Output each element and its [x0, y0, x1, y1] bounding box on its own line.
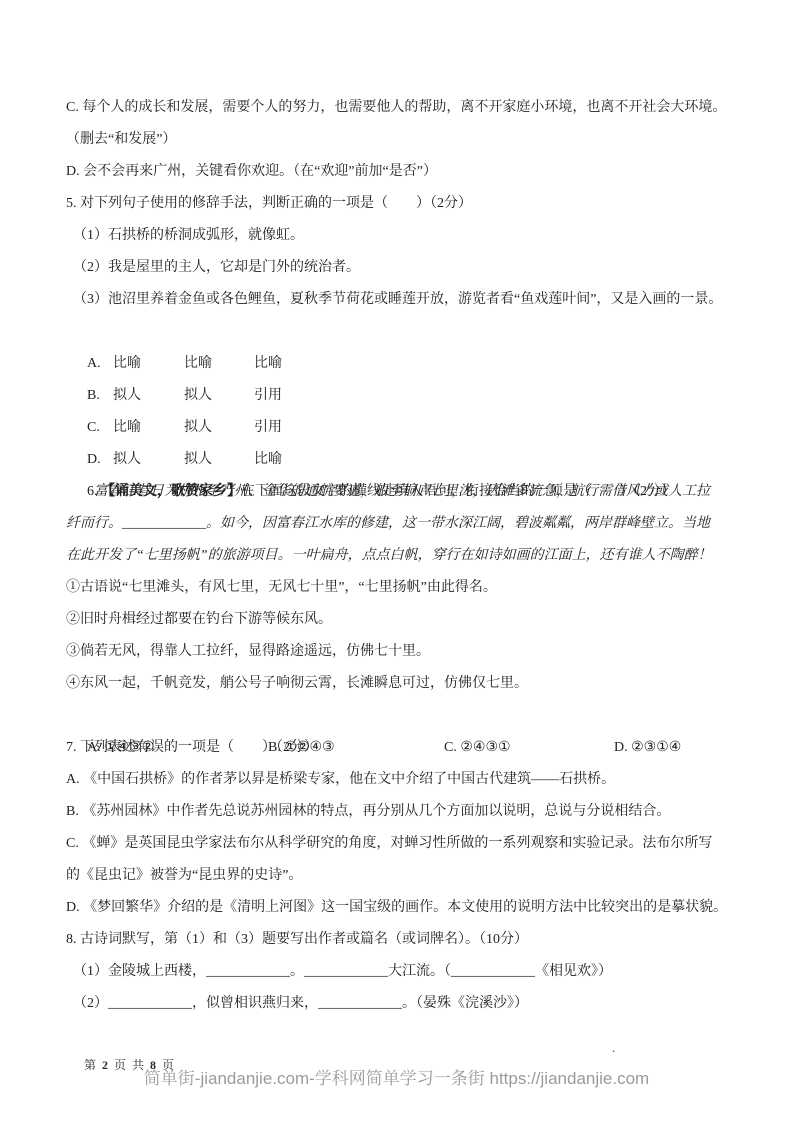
q5-option-a-col2: 比喻	[184, 348, 254, 380]
q5-option-c-col1: 比喻	[113, 412, 184, 444]
q4-option-c: C. 每个人的成长和发展，需要个人的努力，也需要他人的帮助，离不开家庭小环境，也…	[66, 92, 741, 124]
q5-option-d-col1: 拟人	[113, 444, 184, 476]
q7-option-c-line1: C. 《蝉》是英国昆虫学家法布尔从科学研究的角度，对蝉习性所做的一系列观察和实验…	[66, 828, 741, 860]
q5-option-d-col2: 拟人	[184, 444, 254, 476]
q8-stem: 8. 古诗词默写，第（1）和（3）题要写出作者或篇名（或词牌名）。（10分）	[66, 924, 741, 956]
q5-option-c-col3: 引用	[254, 412, 282, 444]
q5-option-a-label: A.	[87, 348, 113, 380]
q5-option-b-col2: 拟人	[184, 380, 254, 412]
q6-passage-line-2: 纤而行。____________。如今，因富春江水库的修建，这一带水深江阔，碧波…	[66, 508, 741, 540]
q5-option-a-col1: 比喻	[113, 348, 184, 380]
q5-option-a-col3: 比喻	[254, 348, 282, 380]
q5-option-c-label: C.	[87, 412, 113, 444]
q4-option-d: D. 会不会再来广州，关键看你欢迎。（在“欢迎”前加“是否”）	[66, 156, 741, 188]
q5-option-c-col2: 拟人	[184, 412, 254, 444]
q5-item-1: （1）石拱桥的桥洞成弧形，就像虹。	[66, 220, 741, 252]
q6-sentence-2: ②旧时舟楫经过都要在钓台下游等候东风。	[66, 604, 741, 636]
q6-passage-line-1: 富春江昔日为杭州至严州、金华的通航要道，船至桐庐七里泷，因滩多流急，航行需借风力…	[66, 476, 741, 508]
watermark-text: 简单街-jiandanjie.com-学科网简单学习一条街 https://ji…	[0, 1064, 793, 1089]
q6-option-d: D. ②③①④	[614, 732, 681, 764]
q7-option-a: A. 《中国石拱桥》的作者茅以昇是桥梁专家，他在文中介绍了中国古代建筑——石拱桥…	[66, 764, 741, 796]
q6-passage-line-3: 在此开发了“七里扬帆”的旅游项目。一叶扁舟，点点白帆，穿行在如诗如画的江面上，还…	[66, 540, 741, 572]
q5-item-3: （3）池沼里养着金鱼或各色鲤鱼，夏秋季节荷花或睡莲开放，游览者看“鱼戏莲叶间”，…	[66, 284, 741, 316]
q7-option-c-line2: 的《昆虫记》被誉为“昆虫界的史诗”。	[66, 860, 741, 892]
q7-option-d: D. 《梦回繁华》介绍的是《清明上河图》这一国宝级的画作。本文使用的说明方法中比…	[66, 892, 741, 924]
q5-option-b-col3: 引用	[254, 380, 282, 412]
q6-option-c: C. ②④③①	[444, 732, 614, 764]
exam-page: C. 每个人的成长和发展，需要个人的努力，也需要他人的帮助，离不开家庭小环境，也…	[0, 0, 793, 1122]
q6-sentence-1: ①古语说“七里滩头，有风七里，无风七十里”，“七里扬帆”由此得名。	[66, 572, 741, 604]
q5-option-b-label: B.	[87, 380, 113, 412]
q5-stem: 5. 对下列句子使用的修辞手法，判断正确的一项是（ ）（2分）	[66, 188, 741, 220]
q7-option-b: B. 《苏州园林》中作者先总说苏州园林的特点，再分别从几个方面加以说明，总说与分…	[66, 796, 741, 828]
q8-item-1: （1）金陵城上西楼，____________。____________大江流。（…	[66, 956, 741, 988]
q6-sentence-4: ④东风一起，千帆竞发，艄公号子响彻云霄，长滩瞬息可过，仿佛仅七里。	[66, 668, 741, 700]
q5-option-a: A.比喻比喻比喻	[66, 316, 741, 348]
exam-content: C. 每个人的成长和发展，需要个人的努力，也需要他人的帮助，离不开家庭小环境，也…	[66, 92, 741, 1020]
q8-item-2: （2）____________，似曾相识燕归来，____________。（晏殊…	[66, 988, 741, 1020]
q6-options-row: A. ①④③②B. ①②④③C. ②④③①D. ②③①④	[66, 700, 741, 732]
q5-option-b-col1: 拟人	[113, 380, 184, 412]
q6-sentence-3: ③倘若无风，得靠人工拉纤，显得路途遥远，仿佛七十里。	[66, 636, 741, 668]
q5-option-d-label: D.	[87, 444, 113, 476]
q5-option-d-col3: 比喻	[254, 444, 282, 476]
q4-option-c-note: （删去“和发展”）	[66, 124, 741, 156]
stray-dot: .	[612, 1040, 615, 1056]
q5-item-2: （2）我是屋里的主人，它却是门外的统治者。	[66, 252, 741, 284]
